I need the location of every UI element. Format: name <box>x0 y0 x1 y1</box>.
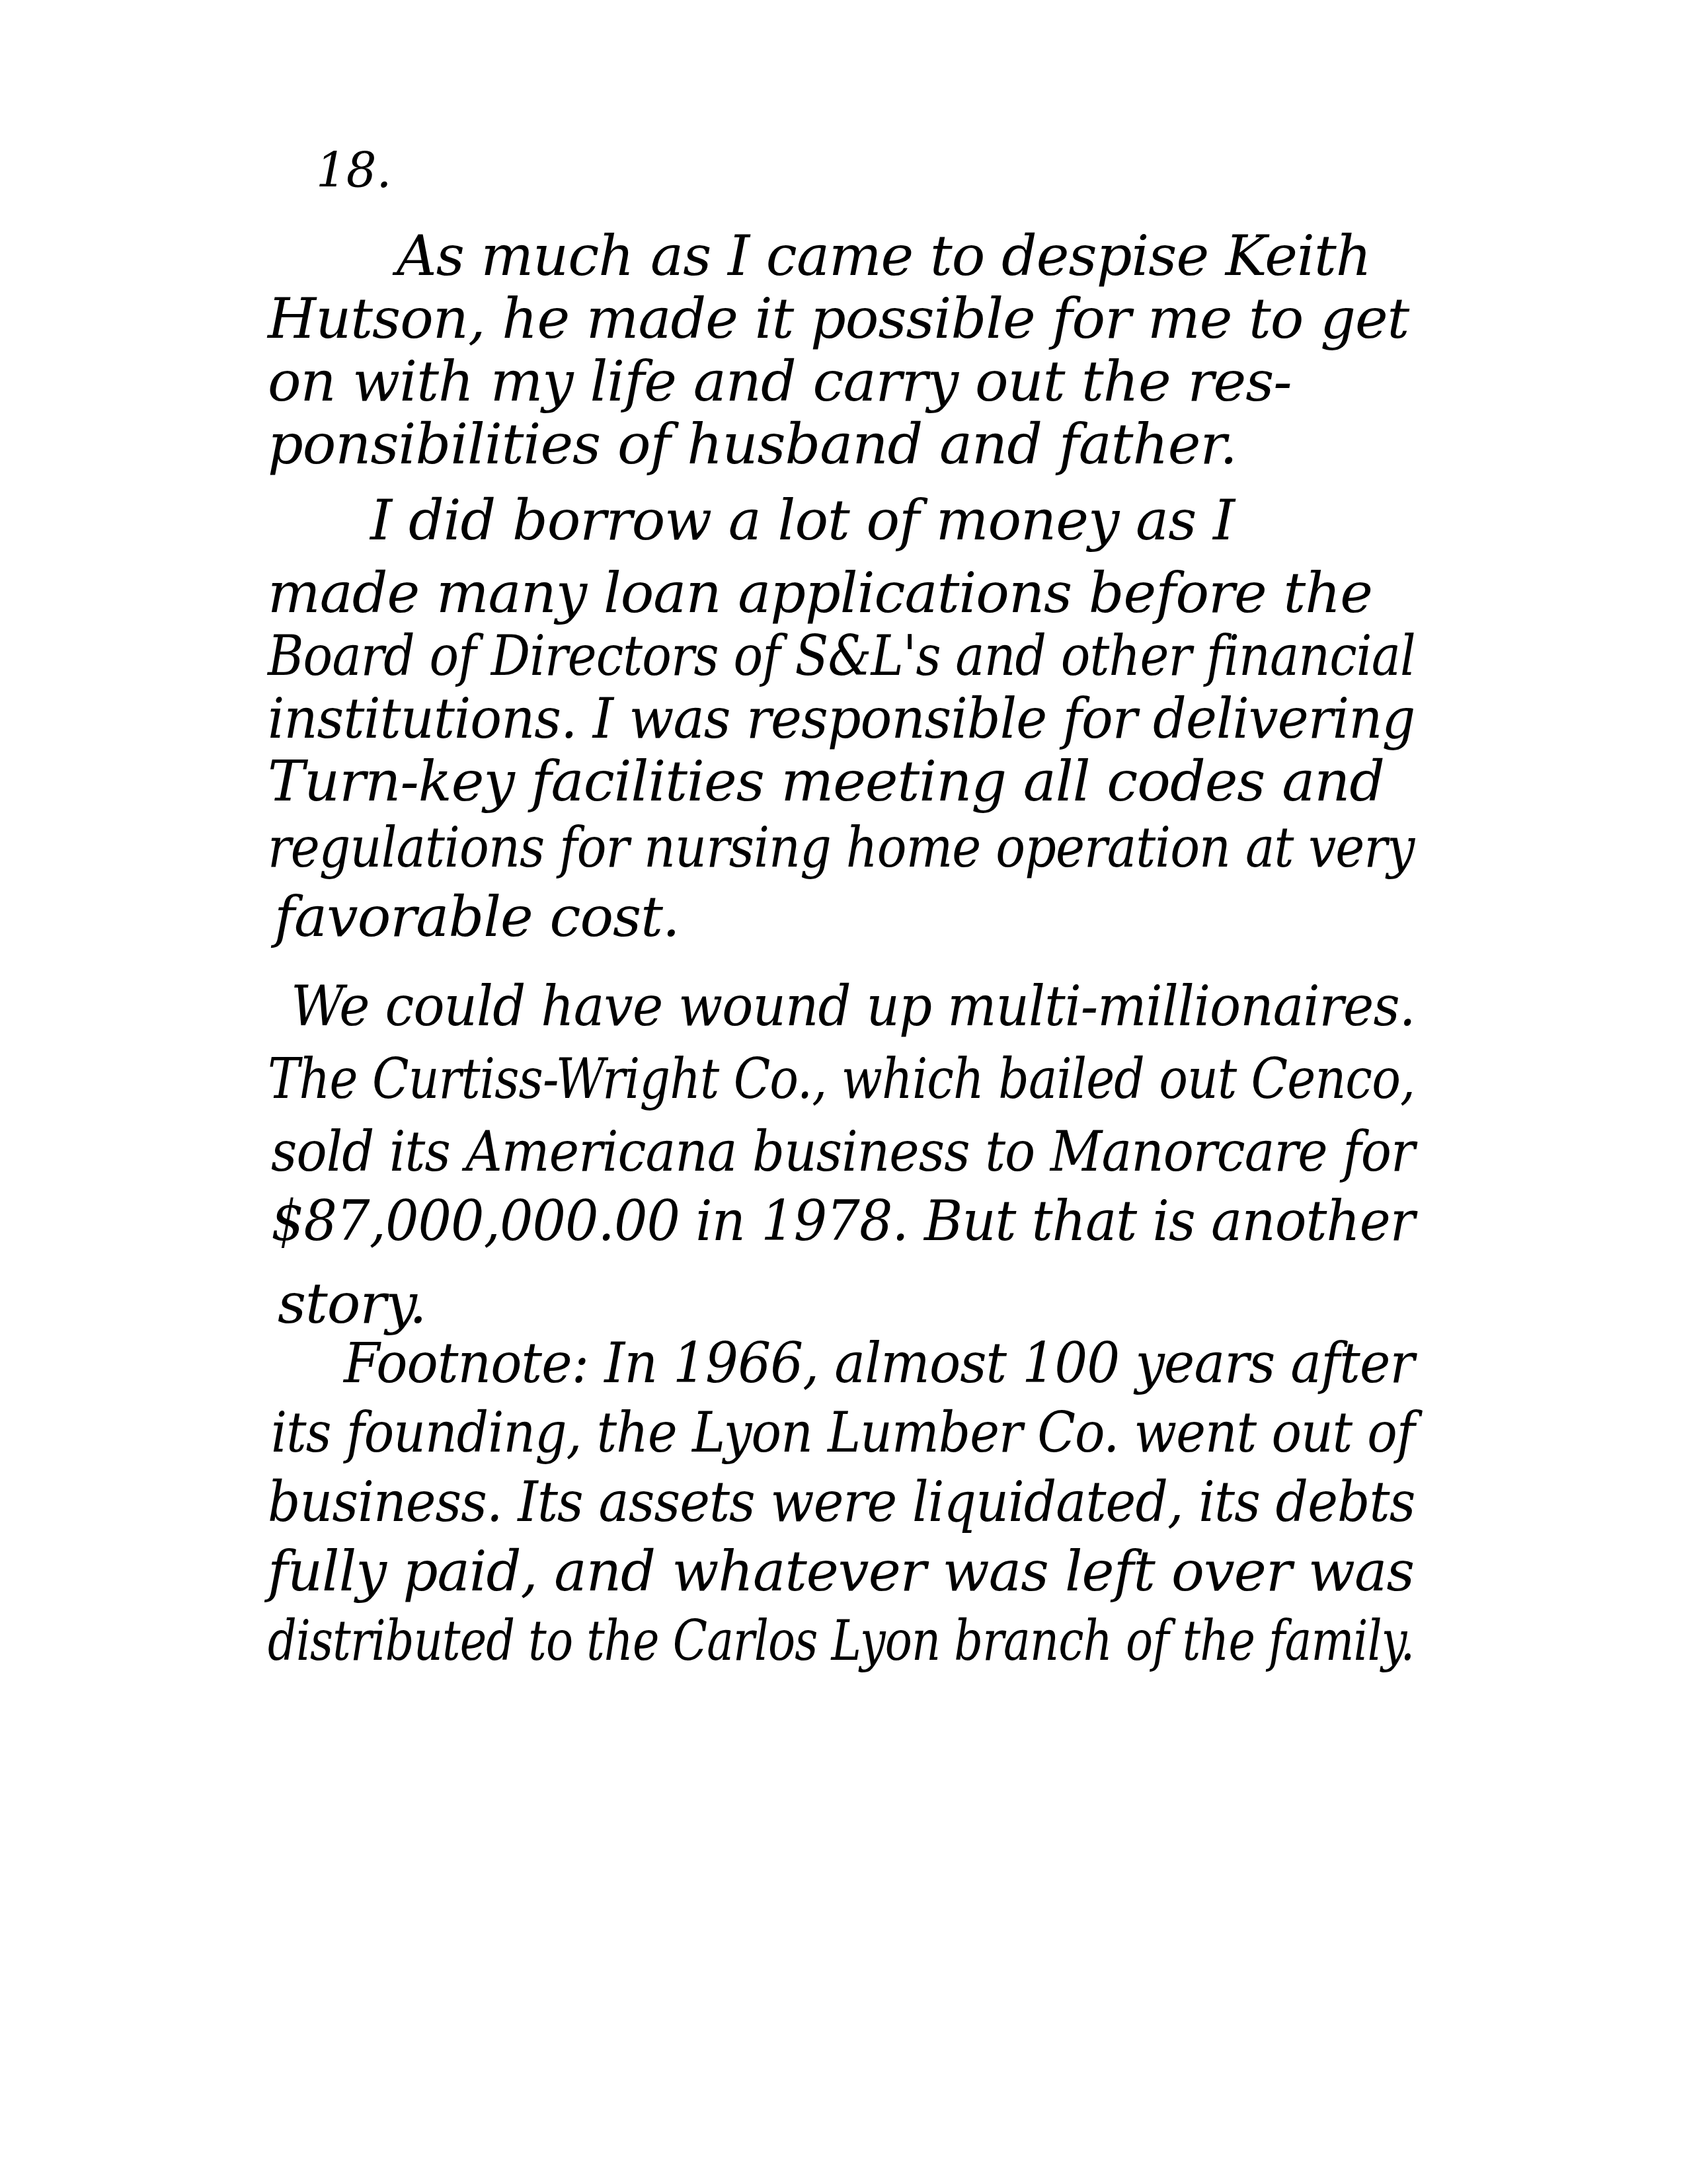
text-line: business. Its assets were liquidated, it… <box>268 1474 1415 1530</box>
text-line: I did borrow a lot of money as I <box>370 492 1234 548</box>
text-line: Footnote: In 1966, almost 100 years afte… <box>344 1335 1414 1391</box>
text-line: distributed to the Carlos Lyon branch of… <box>268 1613 1414 1668</box>
text-line: sold its Americana business to Manorcare… <box>271 1124 1415 1179</box>
handwritten-page: 18. As much as I came to despise Keith H… <box>0 0 1687 2184</box>
text-line: As much as I came to despise Keith <box>397 228 1371 284</box>
text-line: Board of Directors of S&L's and other fi… <box>268 628 1415 683</box>
page-number: 18. <box>316 147 392 194</box>
text-line: We could have wound up multi-millionaire… <box>291 978 1415 1034</box>
text-line: Hutson, he made it possible for me to ge… <box>268 291 1409 346</box>
text-line: its founding, the Lyon Lumber Co. went o… <box>271 1405 1415 1460</box>
text-line: Turn-key facilities meeting all codes an… <box>268 754 1384 809</box>
text-line: ponsibilities of husband and father. <box>268 416 1237 472</box>
text-line: favorable cost. <box>274 889 680 945</box>
text-line: on with my life and carry out the res- <box>268 354 1292 409</box>
text-line: made many loan applications before the <box>268 565 1372 621</box>
text-line: $87,000,000.00 in 1978. But that is anot… <box>271 1193 1415 1249</box>
text-line: story. <box>278 1276 426 1331</box>
text-line: The Curtiss-Wright Co., which bailed out… <box>268 1051 1415 1107</box>
text-line: regulations for nursing home operation a… <box>268 820 1414 875</box>
text-line: fully paid, and whatever was left over w… <box>268 1543 1414 1599</box>
text-line: institutions. I was responsible for deli… <box>268 691 1415 746</box>
